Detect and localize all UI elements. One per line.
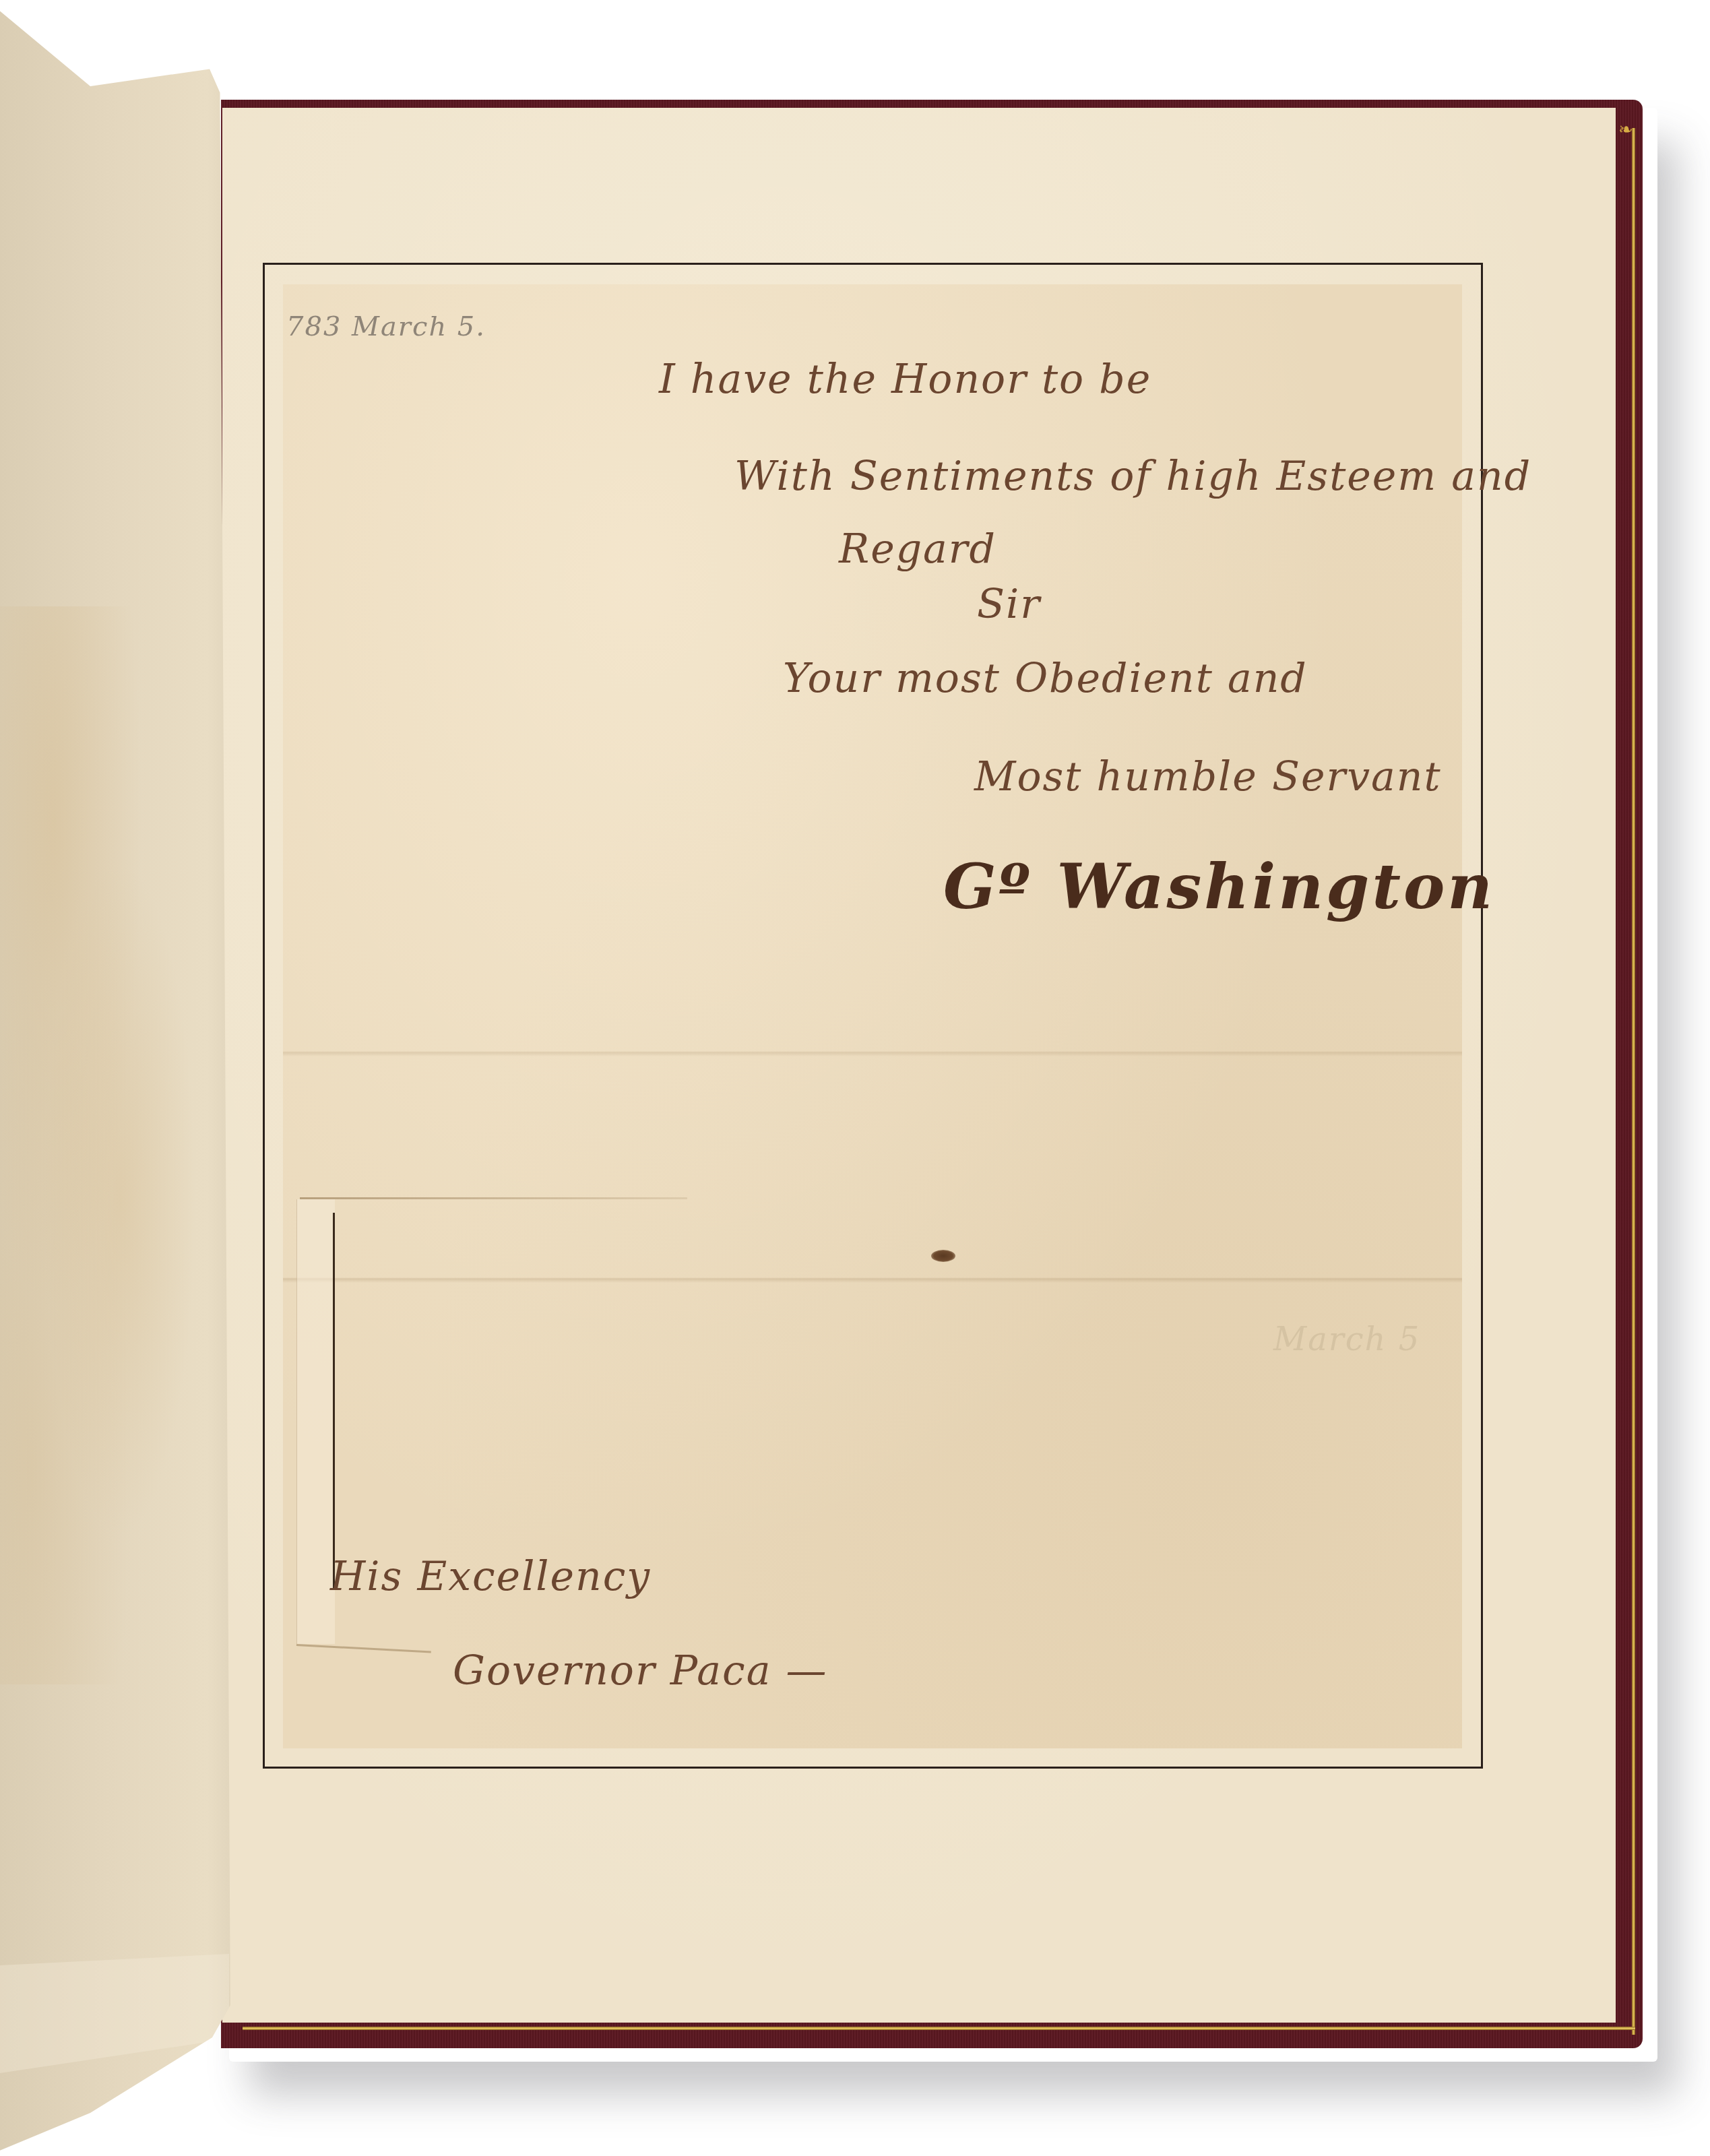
curled-left-leaf [0,0,246,2156]
tear-vertical [333,1213,335,1590]
closing-line-1: I have the Honor to be [659,356,1151,403]
letter-sheet [283,284,1462,1748]
bleed-through-ghost-text: March 5 [1273,1321,1420,1358]
tear-repair-patch [296,1199,335,1644]
gilt-rule-right [1632,128,1635,2035]
closing-line-6: Most humble Servant [974,753,1442,800]
gilt-rule-bottom [243,2027,1635,2030]
tear-horizontal [300,1197,687,1199]
closing-line-4: Sir [977,581,1041,628]
closing-line-2: With Sentiments of high Esteem and [734,453,1531,500]
closing-line-5: Your most Obedient and [783,655,1308,702]
address-line-1: His Excellency [330,1553,651,1600]
address-line-2: Governor Paca — [453,1647,828,1694]
leaf-fold-band [0,1954,229,2075]
gilt-corner-ornament-icon: ❧ [1618,121,1633,139]
ink-blot [931,1250,955,1262]
closing-line-3: Regard [839,526,996,573]
pencil-date-note: 783 March 5. [286,311,486,342]
leaf-foxing [0,606,209,1684]
signature: Gº Washington [943,850,1495,923]
